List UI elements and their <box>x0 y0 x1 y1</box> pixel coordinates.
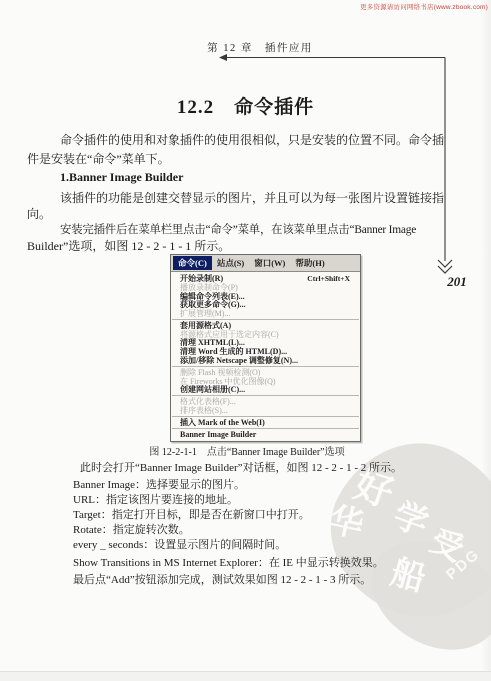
menu-item-extension-manager: 扩展管理(M)... <box>171 309 360 318</box>
detail-line: 最后点“Add”按钮添加完成，测试效果如图 12 - 2 - 1 - 3 所示。 <box>73 571 371 587</box>
top-red-watermark: 更多资源请访问网络书店(www.zbook.com) <box>360 2 488 11</box>
detail-line: Show Transitions in MS Internet Explorer… <box>73 554 384 570</box>
book-page: 更多资源请访问网络书店(www.zbook.com) 第 12 章 插件应用 2… <box>0 0 491 681</box>
detail-line: Target：指定打开目标，即是否在新窗口中打开。 <box>73 506 310 522</box>
detail-line: every _ seconds：设置显示图片的间隔时间。 <box>73 536 286 552</box>
detail-line: Banner Image：选择要显示的图片。 <box>73 476 245 492</box>
body-line: 件是安装在“命令”菜单下。 <box>27 150 170 167</box>
detail-line: Rotate：指定旋转次数。 <box>73 521 190 537</box>
menubar-item-commands: 命令(C) <box>173 256 212 270</box>
menu-item-insert-mark-of-web: 插入 Mark of the Web(I) <box>171 418 360 427</box>
body-line: 该插件的功能是创建交替显示的图片，并且可以为每一张图片设置链接指 <box>60 189 444 206</box>
menubar-item-site: 站点(S) <box>212 256 249 270</box>
menu-item-create-web-photo-album: 创建网站相册(C)... <box>171 386 360 395</box>
page-number: 201 <box>440 274 474 290</box>
menu-separator <box>172 428 359 429</box>
shortcut-label: Ctrl+Shift+X <box>307 274 350 283</box>
menu-item-sort-table: 排序表格(S)... <box>171 406 360 415</box>
body-line: 命令插件的使用和对象插件的使用很相似，只是安装的位置不同。命令插 <box>60 131 444 148</box>
section-title: 12.2 命令插件 <box>0 92 491 119</box>
body-line: 向。 <box>27 205 51 222</box>
menu-screenshot-figure: 命令(C) 站点(S) 窗口(W) 帮助(H) 开始录制(R) Ctrl+Shi… <box>170 254 361 442</box>
body-line: Builder”选项，如图 12 - 2 - 1 - 1 所示。 <box>27 237 230 254</box>
figure-caption: 图 12-2-1-1 点击“Banner Image Builder”选项 <box>127 443 367 458</box>
menubar-item-help: 帮助(H) <box>290 256 329 270</box>
detail-line: URL：指定该图片要连接的地址。 <box>73 491 238 507</box>
page-bottom-edge <box>0 671 491 681</box>
menu-item-banner-image-builder: Banner Image Builder <box>171 430 360 439</box>
subheading-banner-image-builder: 1.Banner Image Builder <box>60 170 183 185</box>
detail-line: 此时会打开“Banner Image Builder”对话框，如图 12 - 2… <box>80 459 402 475</box>
body-line: 安装完插件后在菜单栏里点击“命令”菜单，在该菜单里点击“Banner Image <box>60 221 416 237</box>
menubar-item-window: 窗口(W) <box>249 256 290 270</box>
menubar: 命令(C) 站点(S) 窗口(W) 帮助(H) <box>171 255 360 272</box>
menu-dropdown: 开始录制(R) Ctrl+Shift+X 播放录制命令(P) 编辑命令列表(E)… <box>171 272 360 441</box>
menu-item-netscape-fix: 添加/移除 Netscape 调整修复(N)... <box>171 356 360 365</box>
